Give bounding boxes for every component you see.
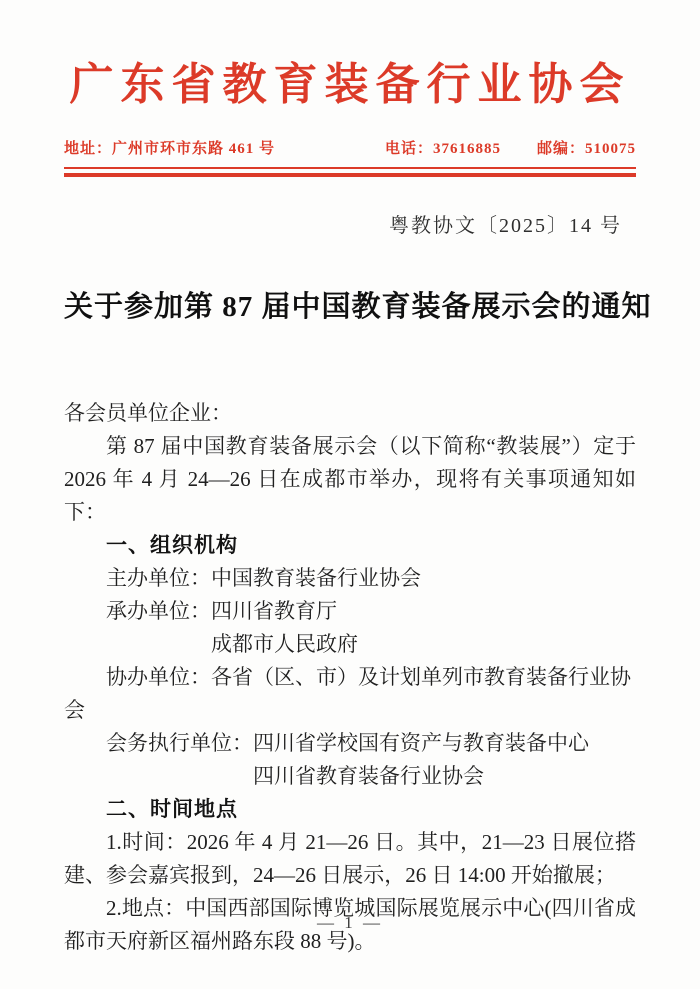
undertaker-unit-block: 承办单位： 四川省教育厅 成都市人民政府	[64, 595, 636, 661]
double-rule-divider	[64, 167, 636, 177]
doc-number: 粤教协文〔2025〕14 号	[64, 209, 636, 238]
undertaker-values: 四川省教育厅 成都市人民政府	[211, 595, 358, 661]
intro-paragraph: 第 87 届中国教育装备展示会（以下简称“教装展”）定于 2026 年 4 月 …	[64, 430, 636, 529]
salutation: 各会员单位企业：	[64, 397, 636, 430]
executor-line-2: 四川省教育装备行业协会	[253, 760, 589, 793]
undertaker-label: 承办单位：	[106, 595, 211, 661]
postal-text: 邮编：510075	[537, 137, 636, 158]
address-text: 地址：广州市环市东路 461 号	[64, 137, 275, 158]
undertaker-line-1: 四川省教育厅	[211, 595, 358, 628]
host-unit-line: 主办单位：中国教育装备行业协会	[64, 562, 636, 595]
section2-heading: 二、时间地点	[64, 793, 636, 826]
rule-thin	[64, 167, 636, 169]
co-organizer-line: 协办单位：各省（区、市）及计划单列市教育装备行业协会	[64, 661, 636, 727]
contact-right-group: 电话：37616885 邮编：510075	[385, 137, 636, 158]
page-number: — 1 —	[0, 913, 700, 933]
org-name: 广东省教育装备行业协会	[64, 56, 636, 113]
executor-values: 四川省学校国有资产与教育装备中心 四川省教育装备行业协会	[253, 727, 589, 793]
executor-label: 会务执行单位：	[106, 727, 253, 793]
executor-unit-block: 会务执行单位： 四川省学校国有资产与教育装备中心 四川省教育装备行业协会	[64, 727, 636, 793]
time-item: 1.时间：2026 年 4 月 21—26 日。其中，21—23 日展位搭建、参…	[64, 826, 636, 892]
doc-body: 各会员单位企业： 第 87 届中国教育装备展示会（以下简称“教装展”）定于 20…	[64, 397, 636, 958]
contact-row: 地址：广州市环市东路 461 号 电话：37616885 邮编：510075	[64, 137, 636, 158]
doc-title: 关于参加第 87 届中国教育装备展示会的通知	[64, 284, 636, 325]
phone-text: 电话：37616885	[385, 137, 501, 158]
undertaker-line-2: 成都市人民政府	[211, 628, 358, 661]
executor-line-1: 四川省学校国有资产与教育装备中心	[253, 727, 589, 760]
rule-thick	[64, 173, 636, 177]
document-page: 广东省教育装备行业协会 地址：广州市环市东路 461 号 电话：37616885…	[0, 0, 700, 989]
letterhead: 广东省教育装备行业协会 地址：广州市环市东路 461 号 电话：37616885…	[64, 56, 636, 177]
section1-heading: 一、组织机构	[64, 529, 636, 562]
